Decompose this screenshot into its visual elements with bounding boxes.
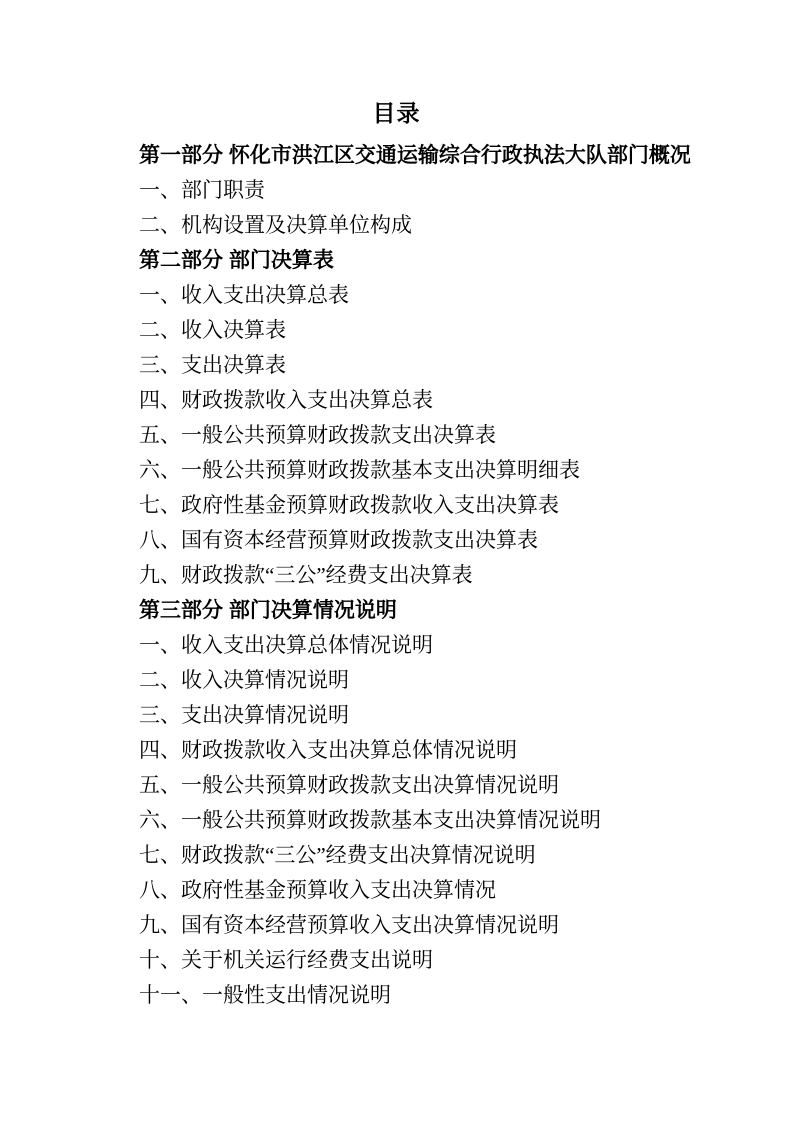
table-of-contents: 第一部分 怀化市洪江区交通运输综合行政执法大队部门概况 一、部门职责 二、机构设… bbox=[139, 138, 733, 1013]
toc-entry: 一、收入支出决算总体情况说明 bbox=[139, 628, 733, 663]
toc-entry: 七、政府性基金预算财政拨款收入支出决算表 bbox=[139, 488, 733, 523]
toc-entry: 二、机构设置及决算单位构成 bbox=[139, 208, 733, 243]
toc-entry: 三、支出决算表 bbox=[139, 348, 733, 383]
toc-entry: 八、国有资本经营预算财政拨款支出决算表 bbox=[139, 523, 733, 558]
toc-title: 目录 bbox=[0, 0, 793, 128]
toc-entry: 十一、一般性支出情况说明 bbox=[139, 978, 733, 1013]
section-heading-part2: 第二部分 部门决算表 bbox=[139, 243, 733, 278]
toc-entry: 二、收入决算表 bbox=[139, 313, 733, 348]
document-page: 目录 第一部分 怀化市洪江区交通运输综合行政执法大队部门概况 一、部门职责 二、… bbox=[0, 0, 793, 1122]
toc-entry: 七、财政拨款“三公”经费支出决算情况说明 bbox=[139, 838, 733, 873]
toc-entry: 一、收入支出决算总表 bbox=[139, 278, 733, 313]
toc-entry: 五、一般公共预算财政拨款支出决算情况说明 bbox=[139, 768, 733, 803]
toc-entry: 六、一般公共预算财政拨款基本支出决算明细表 bbox=[139, 453, 733, 488]
toc-entry: 九、财政拨款“三公”经费支出决算表 bbox=[139, 558, 733, 593]
toc-entry: 四、财政拨款收入支出决算总表 bbox=[139, 383, 733, 418]
section-heading-part3: 第三部分 部门决算情况说明 bbox=[139, 593, 733, 628]
toc-entry: 八、政府性基金预算收入支出决算情况 bbox=[139, 873, 733, 908]
toc-entry: 二、收入决算情况说明 bbox=[139, 663, 733, 698]
toc-entry: 四、财政拨款收入支出决算总体情况说明 bbox=[139, 733, 733, 768]
toc-entry: 三、支出决算情况说明 bbox=[139, 698, 733, 733]
section-heading-part1: 第一部分 怀化市洪江区交通运输综合行政执法大队部门概况 bbox=[139, 138, 733, 173]
toc-entry: 九、国有资本经营预算收入支出决算情况说明 bbox=[139, 908, 733, 943]
toc-entry: 一、部门职责 bbox=[139, 173, 733, 208]
toc-entry: 六、一般公共预算财政拨款基本支出决算情况说明 bbox=[139, 803, 733, 838]
toc-entry: 五、一般公共预算财政拨款支出决算表 bbox=[139, 418, 733, 453]
toc-entry: 十、关于机关运行经费支出说明 bbox=[139, 943, 733, 978]
